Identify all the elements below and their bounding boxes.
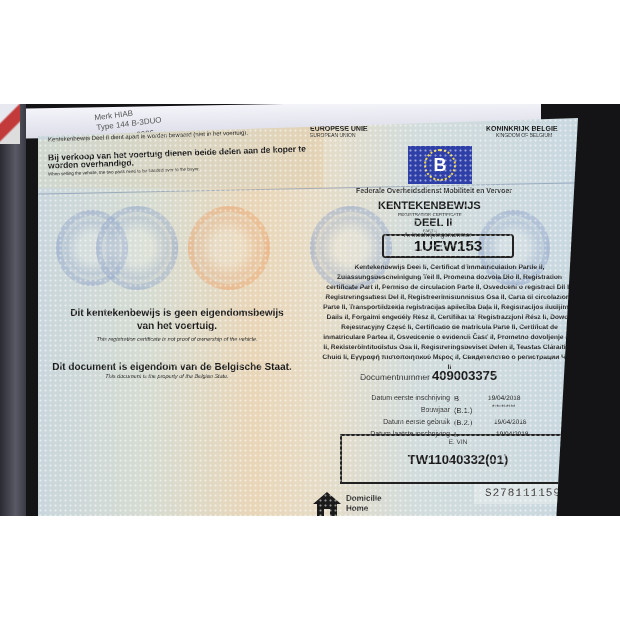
serial-number: S278111159: [485, 488, 561, 500]
document-number-label: Documentnummer: [360, 372, 430, 382]
document-number: 409003375: [432, 368, 497, 383]
flag-letter: B: [434, 155, 447, 176]
binder-red-tab: [0, 104, 20, 144]
multilingual-text: Kentekenbewijs Deel II, Certificat d'imm…: [322, 263, 577, 373]
property-notice-en: This document is the property of the Bel…: [42, 374, 292, 380]
field-code: (B.2.): [454, 418, 472, 427]
country-label: KONINKRIJK BELGIE: [486, 126, 558, 133]
serial-number-box: S278111159: [474, 484, 572, 504]
registration-certificate: Kentekenbewijs Deel II dient apart te wo…: [38, 118, 578, 516]
field-code: B.: [454, 394, 461, 403]
ownership-notice-1: Dit kentekenbewijs is geen eigendomsbewi…: [42, 308, 312, 319]
property-notice: Dit document is eigendom van de Belgisch…: [32, 362, 312, 373]
country-label-en: KINGDOM OF BELGIUM: [496, 133, 552, 139]
field-label: Bouwjaar: [330, 407, 450, 414]
wheel-watermark-icon: [96, 206, 178, 290]
house-icon: [312, 490, 342, 516]
field-value: **********: [492, 405, 515, 411]
wheel-watermark-icon: [188, 206, 270, 290]
vin-box: E. VIN TW11040332(01): [340, 434, 576, 484]
registration-number-box: 1UEW153: [382, 234, 514, 258]
type-label: Type: [96, 121, 114, 132]
eu-label-en: EUROPEAN UNION: [310, 133, 356, 139]
document-photo: Merk HIAB Type 144 B-3DUO 2006 Kentekenb…: [0, 104, 620, 516]
ownership-notice-2: van het voertuig.: [42, 321, 312, 332]
field-label: Datum eerste inschrijving: [330, 395, 450, 402]
binder-sleeve-edge: [0, 104, 26, 516]
eu-flag-icon: B: [408, 146, 472, 184]
registration-number: 1UEW153: [414, 238, 482, 255]
domicile-label: Domicille: [346, 494, 382, 503]
vin-value: TW11040332(01): [342, 452, 574, 467]
vin-label: E. VIN: [342, 439, 574, 446]
field-value: 19/04/2018: [488, 395, 521, 402]
authority: Federale Overheidsdienst Mobiliteit en V…: [356, 188, 512, 195]
eu-label: EUROPESE UNIE: [310, 126, 368, 133]
field-value: 19/04/2018: [494, 419, 527, 426]
field-code: (B.1.): [454, 406, 472, 415]
ownership-notice-en: This registration certificate is not pro…: [42, 337, 312, 343]
home-label: Home: [346, 504, 368, 513]
field-label: Datum eerste gebruik: [330, 419, 450, 426]
document-title: KENTEKENBEWIJS: [378, 200, 481, 212]
